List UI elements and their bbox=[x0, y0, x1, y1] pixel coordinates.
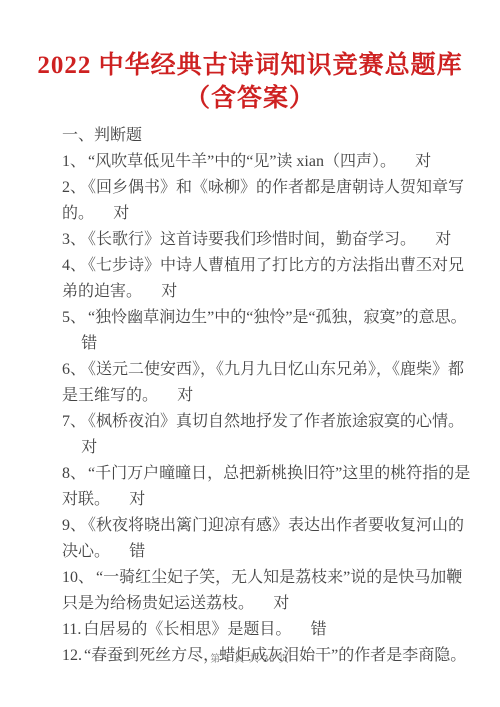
question-text: 《枫桥夜泊》真切自然地抒发了作者旅途寂寞的心情。 bbox=[88, 413, 464, 430]
question-number: 2、 bbox=[62, 179, 86, 196]
question-text: 《送元二使安西》，《九月九日忆山东兄弟》，《鹿柴》都是王维写的。 bbox=[62, 361, 464, 404]
title-line-2: （含答案） bbox=[0, 82, 500, 115]
question-answer: 对 bbox=[177, 387, 193, 404]
question-answer: 对 bbox=[113, 205, 129, 222]
question-number: 8、 bbox=[62, 465, 86, 482]
question-text: “一骑红尘妃子笑，无人知是荔枝来”说的是快马加鞭只是为给杨贵妃运送荔枝。 bbox=[62, 569, 462, 612]
question-text: “风吹草低见牛羊”中的“见”读 xian（四声）。 bbox=[88, 153, 396, 170]
question-text: 白居易的《长相思》是题目。 bbox=[83, 621, 291, 638]
question-item: 8、“千门万户曈曈日，总把新桃换旧符”这里的桃符指的是对联。对 bbox=[62, 461, 474, 513]
question-number: 11. bbox=[62, 621, 81, 638]
document-title: 2022 中华经典古诗词知识竞赛总题库 （含答案） bbox=[0, 0, 500, 115]
question-answer: 对 bbox=[129, 491, 145, 508]
question-answer: 错 bbox=[129, 543, 145, 560]
question-number: 4、 bbox=[62, 257, 86, 274]
question-answer: 错 bbox=[81, 335, 97, 352]
question-text: “千门万户曈曈日，总把新桃换旧符”这里的桃符指的是对联。 bbox=[62, 465, 470, 508]
question-item: 4、《七步诗》中诗人曹植用了打比方的方法指出曹丕对兄弟的迫害。对 bbox=[62, 253, 474, 305]
question-number: 6、 bbox=[62, 361, 86, 378]
question-item: 6、《送元二使安西》，《九月九日忆山东兄弟》，《鹿柴》都是王维写的。对 bbox=[62, 357, 474, 409]
question-answer: 对 bbox=[81, 439, 97, 456]
question-text: 《秋夜将晓出篱门迎凉有感》表达出作者要收复河山的决心。 bbox=[62, 517, 464, 560]
title-line-1: 2022 中华经典古诗词知识竞赛总题库 bbox=[0, 49, 500, 82]
question-item: 2、《回乡偶书》和《咏柳》的作者都是唐朝诗人贺知章写的。对 bbox=[62, 175, 474, 227]
page-footer: 第 1 页 共 36 页 bbox=[0, 653, 500, 667]
question-item: 11.白居易的《长相思》是题目。错 bbox=[62, 617, 474, 643]
question-number: 3、 bbox=[62, 231, 86, 248]
question-number: 10、 bbox=[62, 569, 94, 586]
question-item: 9、《秋夜将晓出篱门迎凉有感》表达出作者要收复河山的决心。错 bbox=[62, 513, 474, 565]
page-number-indicator: 第 1 页 共 36 页 bbox=[210, 654, 290, 665]
question-number: 9、 bbox=[62, 517, 86, 534]
question-item: 1、“风吹草低见牛羊”中的“见”读 xian（四声）。对 bbox=[62, 149, 474, 175]
question-item: 3、《长歌行》这首诗要我们珍惜时间，勤奋学习。对 bbox=[62, 227, 474, 253]
question-answer: 错 bbox=[311, 621, 327, 638]
question-number: 1、 bbox=[62, 153, 86, 170]
question-item: 5、“独怜幽草涧边生”中的“独怜”是“孤独，寂寞”的意思。错 bbox=[62, 305, 474, 357]
question-text: 《长歌行》这首诗要我们珍惜时间，勤奋学习。 bbox=[88, 231, 416, 248]
question-answer: 对 bbox=[273, 595, 289, 612]
question-answer: 对 bbox=[415, 153, 431, 170]
question-text: “独怜幽草涧边生”中的“独怜”是“孤独，寂寞”的意思。 bbox=[88, 309, 467, 326]
document-body: 一、判断题 1、“风吹草低见牛羊”中的“见”读 xian（四声）。对 2、《回乡… bbox=[0, 115, 500, 669]
question-answer: 对 bbox=[161, 283, 177, 300]
section-heading: 一、判断题 bbox=[62, 123, 474, 149]
document-page: 2022 中华经典古诗词知识竞赛总题库 （含答案） 一、判断题 1、“风吹草低见… bbox=[0, 0, 500, 707]
question-number: 7、 bbox=[62, 413, 86, 430]
question-item: 10、“一骑红尘妃子笑，无人知是荔枝来”说的是快马加鞭只是为给杨贵妃运送荔枝。对 bbox=[62, 565, 474, 617]
question-item: 7、《枫桥夜泊》真切自然地抒发了作者旅途寂寞的心情。对 bbox=[62, 409, 474, 461]
question-text: 《七步诗》中诗人曹植用了打比方的方法指出曹丕对兄弟的迫害。 bbox=[62, 257, 464, 300]
question-number: 5、 bbox=[62, 309, 86, 326]
question-answer: 对 bbox=[435, 231, 451, 248]
